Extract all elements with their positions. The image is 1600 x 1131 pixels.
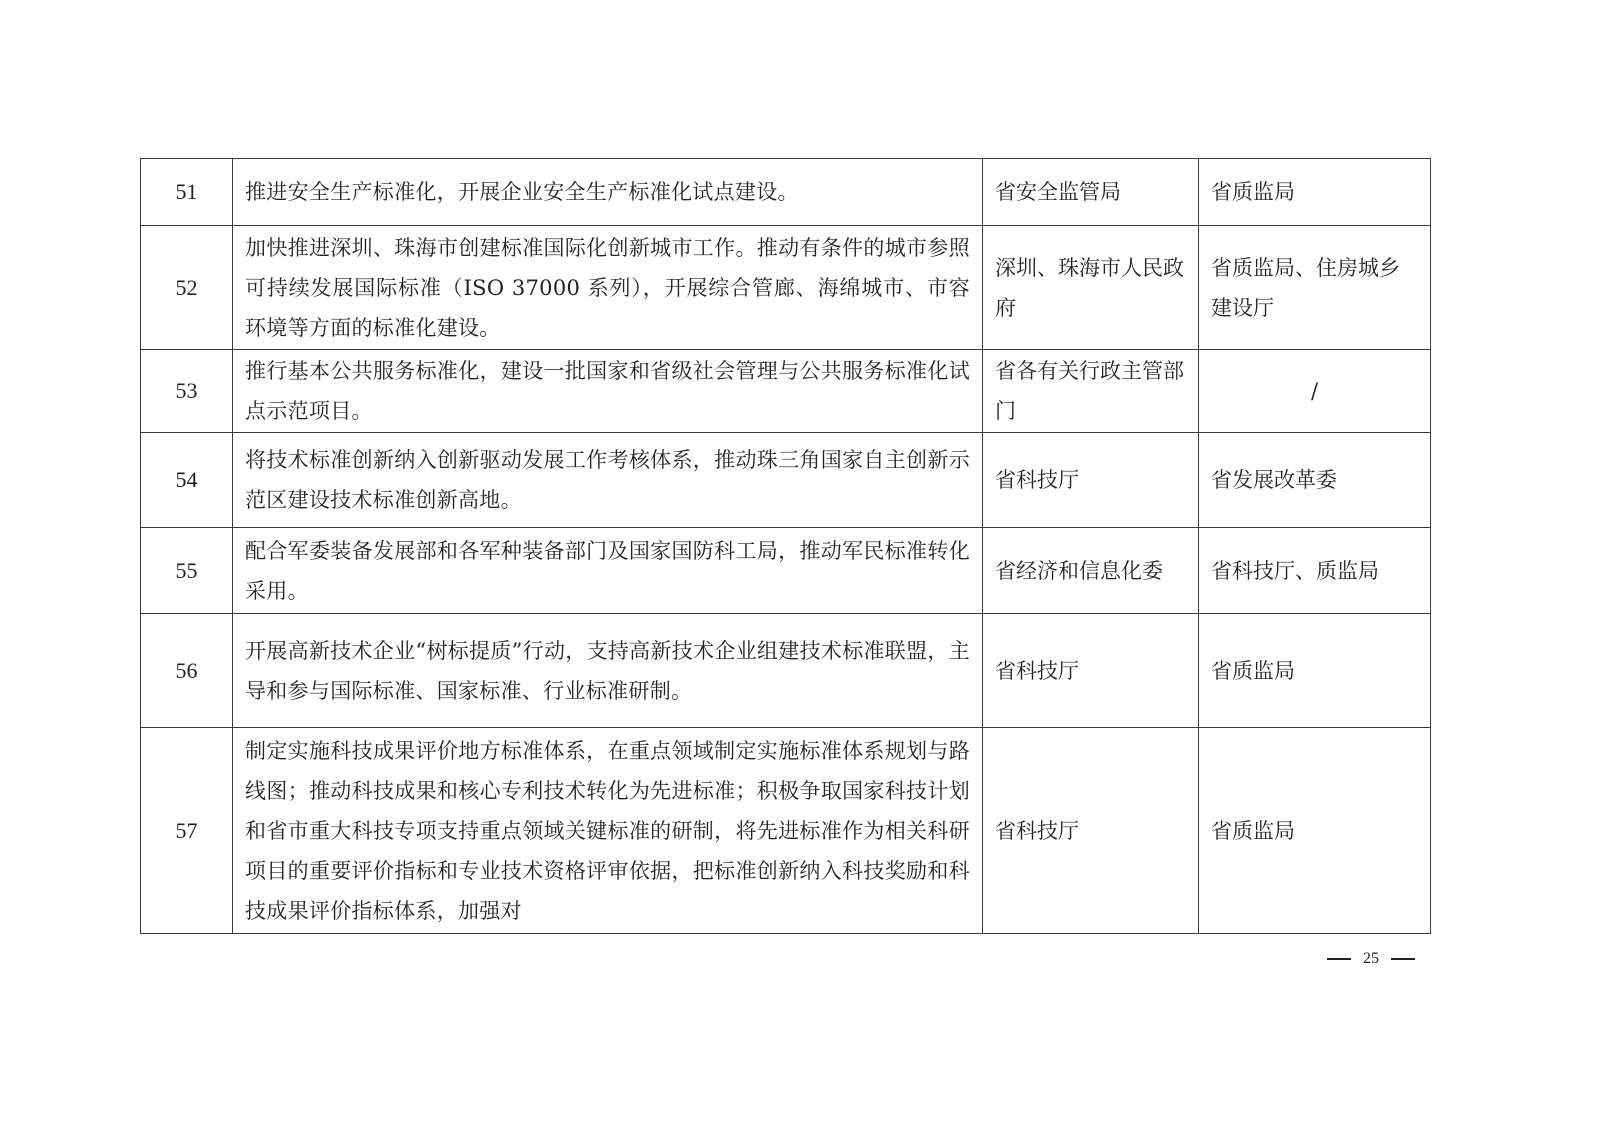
dash-left — [1327, 958, 1351, 960]
support-unit: 省质监局 — [1199, 159, 1431, 226]
support-unit: / — [1199, 350, 1431, 433]
lead-unit: 省安全监管局 — [983, 159, 1199, 226]
row-number: 57 — [141, 728, 233, 934]
row-number: 51 — [141, 159, 233, 226]
task-content: 制定实施科技成果评价地方标准体系，在重点领域制定实施标准体系规划与路线图；推动科… — [233, 728, 983, 934]
support-unit: 省科技厅、质监局 — [1199, 528, 1431, 614]
support-unit: 省质监局 — [1199, 614, 1431, 728]
table-row: 56开展高新技术企业“树标提质”行动，支持高新技术企业组建技术标准联盟，主导和参… — [141, 614, 1431, 728]
lead-unit: 省科技厅 — [983, 614, 1199, 728]
row-number: 55 — [141, 528, 233, 614]
task-content: 推进安全生产标准化，开展企业安全生产标准化试点建设。 — [233, 159, 983, 226]
task-content: 将技术标准创新纳入创新驱动发展工作考核体系，推动珠三角国家自主创新示范区建设技术… — [233, 433, 983, 528]
support-unit: 省质监局 — [1199, 728, 1431, 934]
task-content: 配合军委装备发展部和各军种装备部门及国家国防科工局，推动军民标准转化采用。 — [233, 528, 983, 614]
support-unit: 省质监局、住房城乡建设厅 — [1199, 226, 1431, 350]
table-row: 53推行基本公共服务标准化，建设一批国家和省级社会管理与公共服务标准化试点示范项… — [141, 350, 1431, 433]
task-content: 加快推进深圳、珠海市创建标准国际化创新城市工作。推动有条件的城市参照可持续发展国… — [233, 226, 983, 350]
support-unit: 省发展改革委 — [1199, 433, 1431, 528]
table-row: 52加快推进深圳、珠海市创建标准国际化创新城市工作。推动有条件的城市参照可持续发… — [141, 226, 1431, 350]
lead-unit: 深圳、珠海市人民政府 — [983, 226, 1199, 350]
row-number: 56 — [141, 614, 233, 728]
task-content: 开展高新技术企业“树标提质”行动，支持高新技术企业组建技术标准联盟，主导和参与国… — [233, 614, 983, 728]
lead-unit: 省科技厅 — [983, 728, 1199, 934]
dash-right — [1391, 958, 1415, 960]
lead-unit: 省科技厅 — [983, 433, 1199, 528]
row-number: 52 — [141, 226, 233, 350]
lead-unit: 省经济和信息化委 — [983, 528, 1199, 614]
page-number: 25 — [1363, 950, 1379, 968]
table-row: 57制定实施科技成果评价地方标准体系，在重点领域制定实施标准体系规划与路线图；推… — [141, 728, 1431, 934]
table-row: 51推进安全生产标准化，开展企业安全生产标准化试点建设。省安全监管局省质监局 — [141, 159, 1431, 226]
task-table: 51推进安全生产标准化，开展企业安全生产标准化试点建设。省安全监管局省质监局52… — [140, 158, 1431, 934]
table-row: 54将技术标准创新纳入创新驱动发展工作考核体系，推动珠三角国家自主创新示范区建设… — [141, 433, 1431, 528]
row-number: 53 — [141, 350, 233, 433]
page-footer: 25 — [1315, 950, 1427, 968]
lead-unit: 省各有关行政主管部门 — [983, 350, 1199, 433]
row-number: 54 — [141, 433, 233, 528]
table-row: 55配合军委装备发展部和各军种装备部门及国家国防科工局，推动军民标准转化采用。省… — [141, 528, 1431, 614]
task-content: 推行基本公共服务标准化，建设一批国家和省级社会管理与公共服务标准化试点示范项目。 — [233, 350, 983, 433]
